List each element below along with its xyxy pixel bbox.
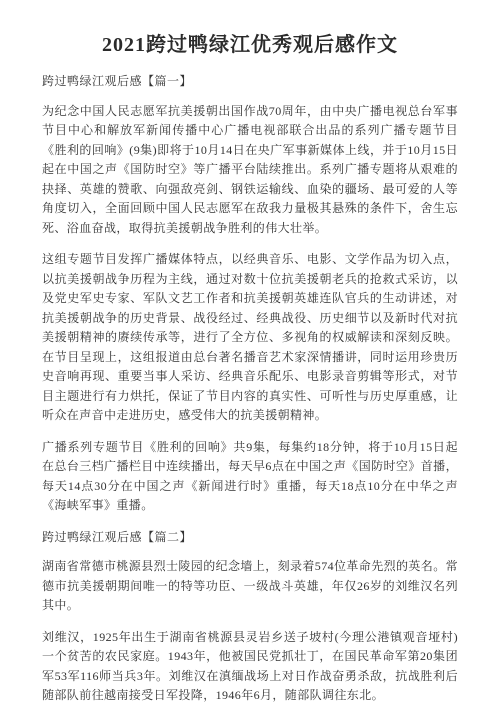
paragraph: 这组专题节目发挥广播媒体特点，以经典音乐、电影、文学作品为切入点，以抗美援朝战争… [42, 250, 458, 426]
document-title: 2021跨过鸭绿江优秀观后感作文 [42, 32, 458, 58]
paragraph: 湖南省常德市桃源县烈士陵园的纪念墙上，刻录着574位革命先烈的英名。常德市抗美援… [42, 557, 458, 616]
document-page: 2021跨过鸭绿江优秀观后感作文 跨过鸭绿江观后感【篇一】 为纪念中国人民志愿军… [0, 0, 500, 707]
paragraph: 广播系列专题节目《胜利的回响》共9集，每集约18分钟，将于10月15日起在总台三… [42, 438, 458, 516]
paragraph: 刘维汉，1925年出生于湖南省桃源县灵岩乡送子坡村(今理公港镇观音垭村)一个贫苦… [42, 628, 458, 706]
paragraph: 为纪念中国人民志愿军抗美援朝出国作战70周年，由中央广播电视总台军事节目中心和解… [42, 102, 458, 239]
section-heading-part-two: 跨过鸭绿江观后感【篇二】 [42, 528, 458, 548]
section-heading-part-one: 跨过鸭绿江观后感【篇一】 [42, 72, 458, 92]
